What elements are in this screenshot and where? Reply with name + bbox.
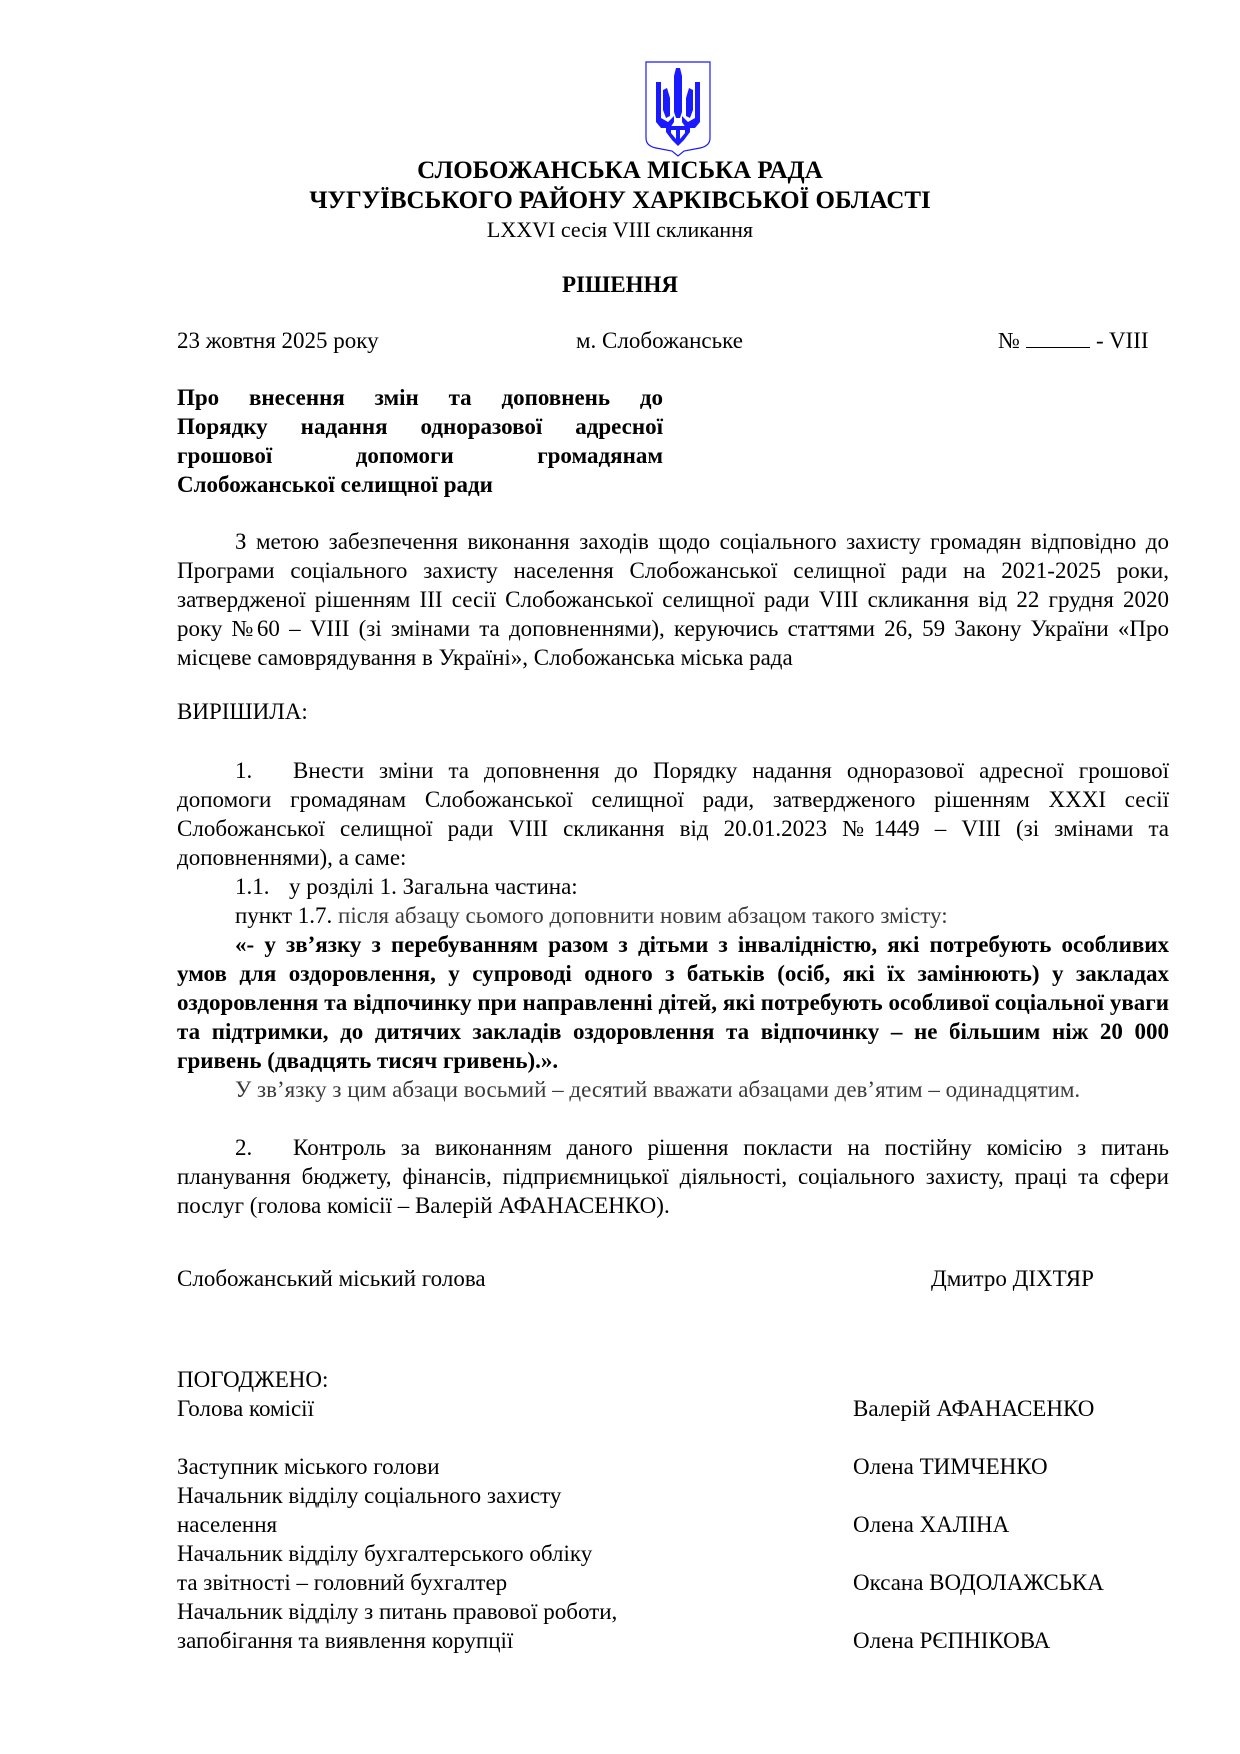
point-label: пункт 1.7. [235, 903, 332, 928]
approval-name: Оксана ВОДОЛАЖСЬКА [853, 1568, 1104, 1597]
decision-date: 23 жовтня 2025 року [177, 326, 379, 355]
district-name: ЧУГУЇВСЬКОГО РАЙОНУ ХАРКІВСЬКОЇ ОБЛАСТІ [0, 186, 1240, 216]
subject-line: Порядку надання одноразової адресної [177, 412, 663, 441]
approval-row: Заступник міського голови Олена ТИМЧЕНКО [177, 1452, 1169, 1481]
decision-subject: Про внесення змін та доповнень до Порядк… [177, 383, 663, 499]
approval-position: Начальник відділу соціального захисту [177, 1481, 1169, 1510]
decision-place: м. Слобожанське [576, 326, 743, 355]
signature-name: Дмитро ДІХТЯР [931, 1264, 1094, 1293]
preamble-paragraph: З метою забезпечення виконання заходів щ… [177, 527, 1169, 672]
approval-name: Валерій АФАНАСЕНКО [853, 1394, 1094, 1423]
approval-name: Олена РЄПНІКОВА [853, 1626, 1050, 1655]
subject-line: грошової допомоги громадянам [177, 441, 663, 470]
item-number: 1. [235, 756, 293, 785]
approval-name: Олена ТИМЧЕНКО [853, 1452, 1048, 1481]
point-1-7-line: пункт 1.7. після абзацу сьомого доповнит… [177, 901, 1169, 930]
session-label: LXXVI сесія VIII скликання [0, 216, 1240, 244]
renumbering-note: У зв’язку з цим абзаци восьмий – десятий… [177, 1075, 1169, 1104]
item-text: Внести зміни та доповнення до Порядку на… [177, 758, 1169, 870]
item-2-paragraph: 2.Контроль за виконанням даного рішення … [177, 1133, 1169, 1220]
decided-label: ВИРІШИЛА: [177, 697, 308, 726]
document-page: СЛОБОЖАНСЬКА МІСЬКА РАДА ЧУГУЇВСЬКОГО РА… [0, 0, 1240, 1754]
subitem-1-1: 1.1.у розділі 1. Загальна частина: [177, 872, 1169, 901]
subject-line: Про внесення змін та доповнень до [177, 383, 663, 412]
number-suffix: - VIII [1096, 328, 1149, 353]
signature-position: Слобожанський міський голова [177, 1264, 486, 1293]
approvals-label: ПОГОДЖЕНО: [177, 1365, 328, 1394]
item-text: Контроль за виконанням даного рішення по… [177, 1135, 1169, 1218]
council-name: СЛОБОЖАНСЬКА МІСЬКА РАДА [0, 156, 1240, 186]
approval-row: Начальник відділу з питань правової робо… [177, 1597, 1169, 1655]
inserted-paragraph: «- у зв’язку з перебуванням разом з діть… [177, 930, 1169, 1075]
subitem-text: у розділі 1. Загальна частина: [289, 874, 578, 899]
subitem-number: 1.1. [235, 872, 289, 901]
coat-of-arms-icon [644, 60, 712, 158]
point-text: після абзацу сьомого доповнити новим абз… [332, 903, 947, 928]
approval-row: Начальник відділу бухгалтерського обліку… [177, 1539, 1169, 1597]
item-number: 2. [235, 1133, 293, 1162]
subject-line: Слобожанської селищної ради [177, 470, 663, 499]
approval-position: Начальник відділу з питань правової робо… [177, 1597, 1169, 1626]
approval-name: Олена ХАЛІНА [853, 1510, 1009, 1539]
document-type-title: РІШЕННЯ [0, 271, 1240, 299]
approval-row: Начальник відділу соціального захисту на… [177, 1481, 1169, 1539]
decision-number: №- VIII [998, 326, 1149, 355]
approval-position: Начальник відділу бухгалтерського обліку [177, 1539, 1169, 1568]
number-prefix: № [998, 328, 1020, 353]
item-1-paragraph: 1.Внести зміни та доповнення до Порядку … [177, 756, 1169, 872]
approval-position: населення [177, 1510, 1169, 1539]
approval-row: Голова комісії Валерій АФАНАСЕНКО [177, 1394, 1169, 1423]
number-blank-field [1026, 327, 1090, 348]
